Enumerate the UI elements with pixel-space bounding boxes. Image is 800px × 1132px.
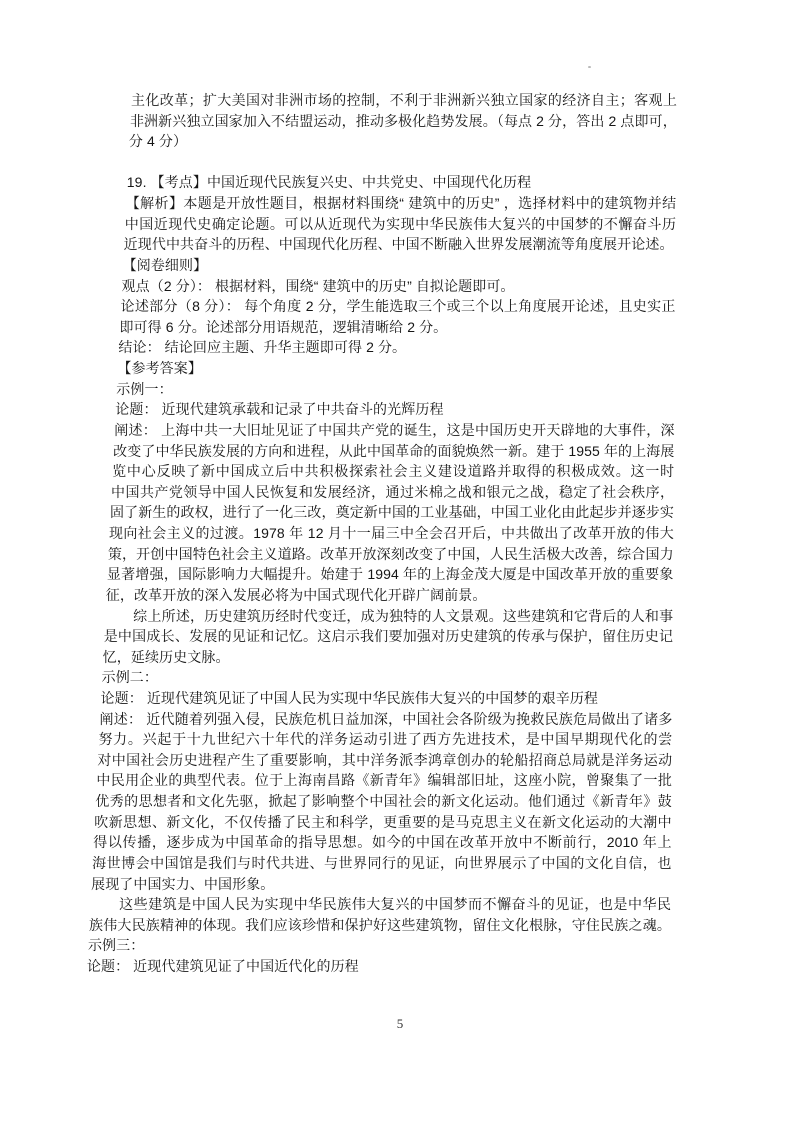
text-line: 分 4 分） (129, 131, 677, 152)
text-line: 近现代中共奋斗的历程、中国现代化历程、中国不断融入世界发展潮流等角度展开论述。 (124, 234, 676, 255)
text-line: 得以传播，逐步成为中国革命的指导思想。如今的中国在改革开放中不断前行，2010 … (93, 832, 671, 853)
text-line: 论题： 近现代建筑见证了中国近代化的历程 (87, 956, 671, 977)
text-line: 观点（2 分）： 根据材料，围绕“ 建筑中的历史” 自拟论题即可。 (122, 276, 676, 297)
text-line: 论题： 近现代建筑承载和记录了中共奋斗的光辉历程 (115, 399, 675, 420)
text-line: 论述部分（8 分）： 每个角度 2 分，学生能选取三个或三个以上角度展开论述，且… (121, 296, 676, 317)
page-number: 5 (100, 1016, 700, 1032)
text-line: 【参考答案】 (117, 358, 675, 379)
text-line (128, 152, 677, 173)
text-line: 征，改革开放的深入发展必将为中国式现代化开辟广阔前景。 (106, 585, 674, 606)
text-line: 阐述： 近代随着列强入侵，民族危机日益加深，中国社会各阶级为挽救民族危局做出了诸… (100, 709, 673, 730)
text-line: 主化改革；扩大美国对非洲市场的控制，不利于非洲新兴独立国家的经济自主；客观上促使 (131, 90, 677, 111)
text-line: 吹新思想、新文化，不仅传播了民主和科学，更重要的是马克思主义在新文化运动的大潮中 (94, 812, 672, 833)
text-line: 示例一： (116, 379, 675, 400)
text-line: 现向社会主义的过渡。1978 年 12 月十一届三中全会召开后，中共做出了改革开… (109, 523, 674, 544)
text-line: 览中心反映了新中国成立后中共积极探索社会主义建设道路并取得的积极成效。这一时期， (112, 461, 674, 482)
answer-key-text: 主化改革；扩大美国对非洲市场的控制，不利于非洲新兴独立国家的经济自主；客观上促使… (0, 0, 800, 1132)
text-line: 固了新生的政权，进行了一化三改，奠定新中国的工业基础，中国工业化由此起步并逐步实 (110, 502, 674, 523)
text-line: 中国近现代史确定论题。可以从近现代为实现中华民族伟大复兴的中国梦的不懈奋斗历程、 (125, 214, 676, 235)
text-line: 结论： 结论回应主题、升华主题即可得 2 分。 (118, 337, 675, 358)
text-line: 忆，延续历史文脉。 (103, 647, 673, 668)
text-line: 示例三： (88, 935, 671, 956)
text-line: 19. 【考点】中国近现代民族复兴史、中共党史、中国现代化历程 (127, 172, 677, 193)
text-line: 【阅卷细则】 (123, 255, 676, 276)
text-line: 对中国社会历史进程产生了重要影响，其中洋务派李鸿章创办的轮船招商总局就是洋务运动 (97, 750, 672, 771)
text-line: 努力。兴起于十九世纪六十年代的洋务运动引进了西方先进技术，是中国早期现代化的尝试… (98, 729, 672, 750)
text-line: 改变了中华民族发展的方向和进程，从此中国革命的面貌焕然一新。建于 1955 年的… (113, 441, 674, 462)
text-line: 阐述： 上海中共一大旧址见证了中国共产党的诞生，这是中国历史开天辟地的大事件，深… (114, 420, 674, 441)
text-line: 是中国成长、发展的见证和记忆。这启示我们要加强对历史建筑的传承与保护，留住历史记 (104, 626, 673, 647)
text-line: 中民用企业的典型代表。位于上海南昌路《新青年》编辑部旧址，这座小院，曾聚集了一批 (96, 770, 672, 791)
text-line: 论题： 近现代建筑见证了中国人民为实现中华民族伟大复兴的中国梦的艰辛历程 (101, 688, 673, 709)
text-line: 综上所述，历史建筑历经时代变迁，成为独特的人文景观。这些建筑和它背后的人和事 (105, 606, 674, 627)
text-line: 示例二： (102, 667, 673, 688)
text-line: 非洲新兴独立国家加入不结盟运动，推动多极化趋势发展。（每点 2 分，答出 2 点… (130, 111, 677, 132)
text-line: 策，开创中国特色社会主义道路。改革开放深刻改变了中国，人民生活极大改善，综合国力 (108, 544, 674, 565)
text-line: 即可得 6 分。论述部分用语规范，逻辑清晰给 2 分。 (119, 317, 675, 338)
text-line: 族伟大民族精神的体现。我们应该珍惜和保护好这些建筑物，留住文化根脉，守住民族之魂… (89, 915, 671, 936)
text-line: 海世博会中国馆是我们与时代共进、与世界同行的见证，向世界展示了中国的文化自信，也 (92, 853, 671, 874)
text-line: 展现了中国实力、中国形象。 (91, 874, 671, 895)
document-page: 主化改革；扩大美国对非洲市场的控制，不利于非洲新兴独立国家的经济自主；客观上促使… (0, 0, 800, 1132)
text-line: 显著增强，国际影响力大幅提升。始建于 1994 年的上海金茂大厦是中国改革开放的… (107, 564, 674, 585)
text-line: 【解析】本题是开放性题目，根据材料围绕“ 建筑中的历史” ，选择材料中的建筑物并… (126, 193, 677, 214)
text-line: 优秀的思想者和文化先驱，掀起了影响整个中国社会的新文化运动。他们通过《新青年》鼓 (95, 791, 672, 812)
text-line: 这些建筑是中国人民为实现中华民族伟大复兴的中国梦而不懈奋斗的见证，也是中华民 (90, 894, 671, 915)
text-line: 中国共产党领导中国人民恢复和发展经济，通过米棉之战和银元之战，稳定了社会秩序，巩 (111, 482, 674, 503)
